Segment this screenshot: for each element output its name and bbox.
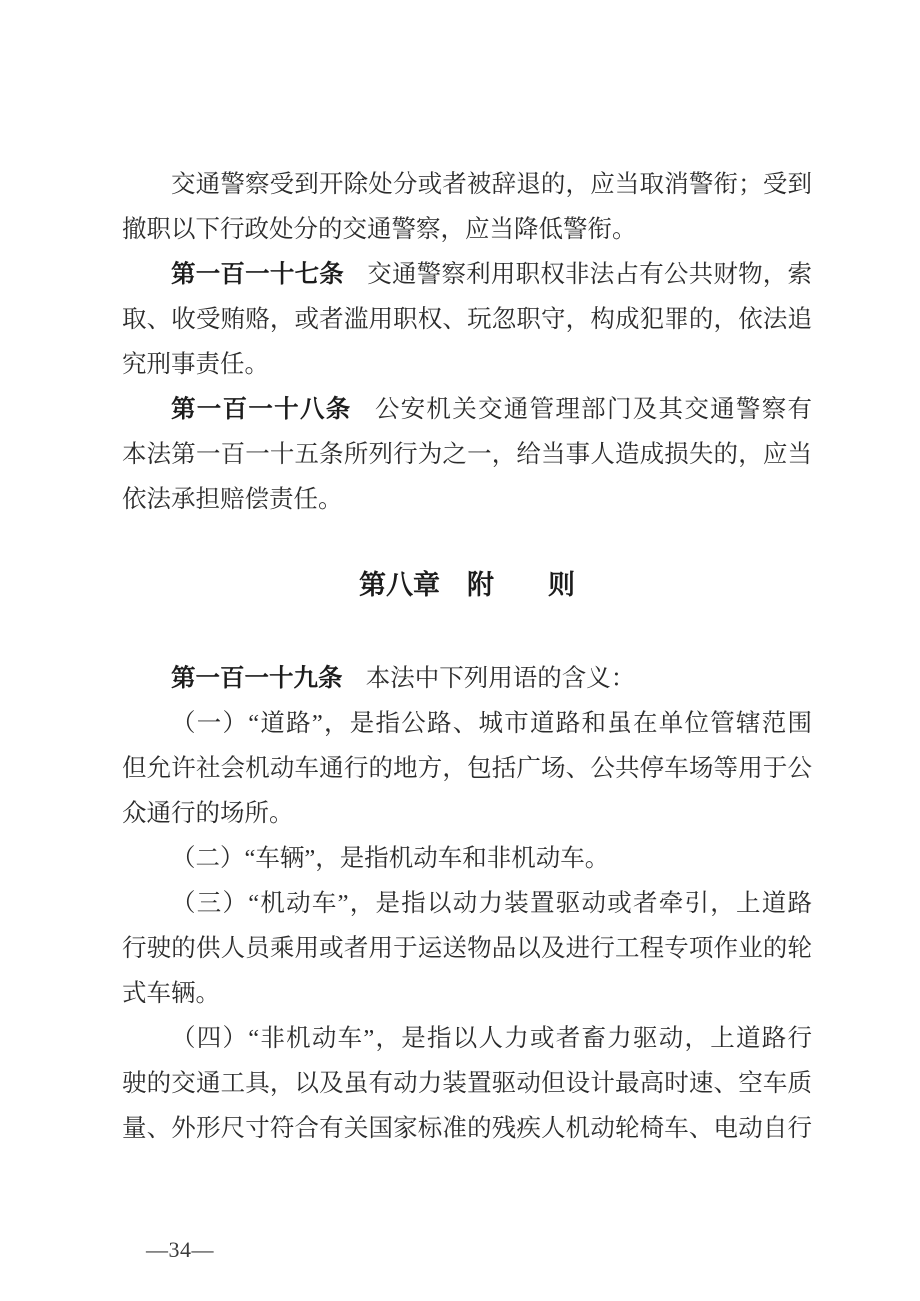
paragraph: 交通警察受到开除处分或者被辞退的，应当取消警衔；受到撤职以下行政处分的交通警察，… (122, 162, 812, 252)
paragraph: 第一百一十七条交通警察利用职权非法占有公共财物，索取、收受贿赂，或者滥用职权、玩… (122, 252, 812, 387)
article-number: 第一百一十八条 (171, 396, 352, 423)
text-line: 第一百一十九条本法中下列用语的含义： (122, 656, 812, 701)
line-text: 本法中下列用语的含义： (366, 665, 636, 692)
text-line: 行驶的供人员乘用或者用于运送物品以及进行工程专项作业的轮 (122, 926, 812, 971)
text-line: 但允许社会机动车通行的地方，包括广场、公共停车场等用于公 (122, 746, 812, 791)
text-line: 众通行的场所。 (122, 791, 812, 836)
document-page: 交通警察受到开除处分或者被辞退的，应当取消警衔；受到撤职以下行政处分的交通警察，… (0, 0, 920, 1301)
paragraph: （四）“非机动车”，是指以人力或者畜力驱动，上道路行驶的交通工具，以及虽有动力装… (122, 1016, 812, 1151)
text-line: 量、外形尺寸符合有关国家标准的残疾人机动轮椅车、电动自行 (122, 1106, 812, 1151)
text-line: 式车辆。 (122, 971, 812, 1016)
text-line: （三）“机动车”，是指以动力装置驱动或者牵引，上道路 (122, 881, 812, 926)
text-line: （一）“道路”，是指公路、城市道路和虽在单位管辖范围 (122, 701, 812, 746)
text-line: 究刑事责任。 (122, 342, 812, 387)
paragraph: 第一百一十九条本法中下列用语的含义： (122, 656, 812, 701)
text-line: 本法第一百一十五条所列行为之一，给当事人造成损失的，应当 (122, 432, 812, 477)
text-line: （四）“非机动车”，是指以人力或者畜力驱动，上道路行 (122, 1016, 812, 1061)
text-line: 撤职以下行政处分的交通警察，应当降低警衔。 (122, 207, 812, 252)
text-line: 依法承担赔偿责任。 (122, 477, 812, 522)
text-line: 交通警察受到开除处分或者被辞退的，应当取消警衔；受到 (122, 162, 812, 207)
paragraph: （三）“机动车”，是指以动力装置驱动或者牵引，上道路行驶的供人员乘用或者用于运送… (122, 881, 812, 1016)
line-text: 公安机关交通管理部门及其交通警察有 (375, 396, 812, 423)
paragraph: 第一百一十八条公安机关交通管理部门及其交通警察有本法第一百一十五条所列行为之一，… (122, 387, 812, 522)
text-line: 取、收受贿赂，或者滥用职权、玩忽职守，构成犯罪的，依法追 (122, 297, 812, 342)
line-text: 交通警察利用职权非法占有公共财物，索 (367, 261, 812, 288)
document-body: 交通警察受到开除处分或者被辞退的，应当取消警衔；受到撤职以下行政处分的交通警察，… (122, 162, 812, 1151)
paragraph: （一）“道路”，是指公路、城市道路和虽在单位管辖范围但允许社会机动车通行的地方，… (122, 701, 812, 836)
article-number: 第一百一十九条 (171, 665, 343, 692)
paragraph: （二）“车辆”，是指机动车和非机动车。 (122, 836, 812, 881)
text-line: 驶的交通工具，以及虽有动力装置驱动但设计最高时速、空车质 (122, 1061, 812, 1106)
page-number: —34— (146, 1236, 214, 1264)
text-line: 第一百一十八条公安机关交通管理部门及其交通警察有 (122, 387, 812, 432)
article-number: 第一百一十七条 (171, 261, 344, 288)
text-line: 第一百一十七条交通警察利用职权非法占有公共财物，索 (122, 252, 812, 297)
chapter-heading: 第八章 附 则 (122, 562, 812, 608)
text-line: （二）“车辆”，是指机动车和非机动车。 (122, 836, 812, 881)
